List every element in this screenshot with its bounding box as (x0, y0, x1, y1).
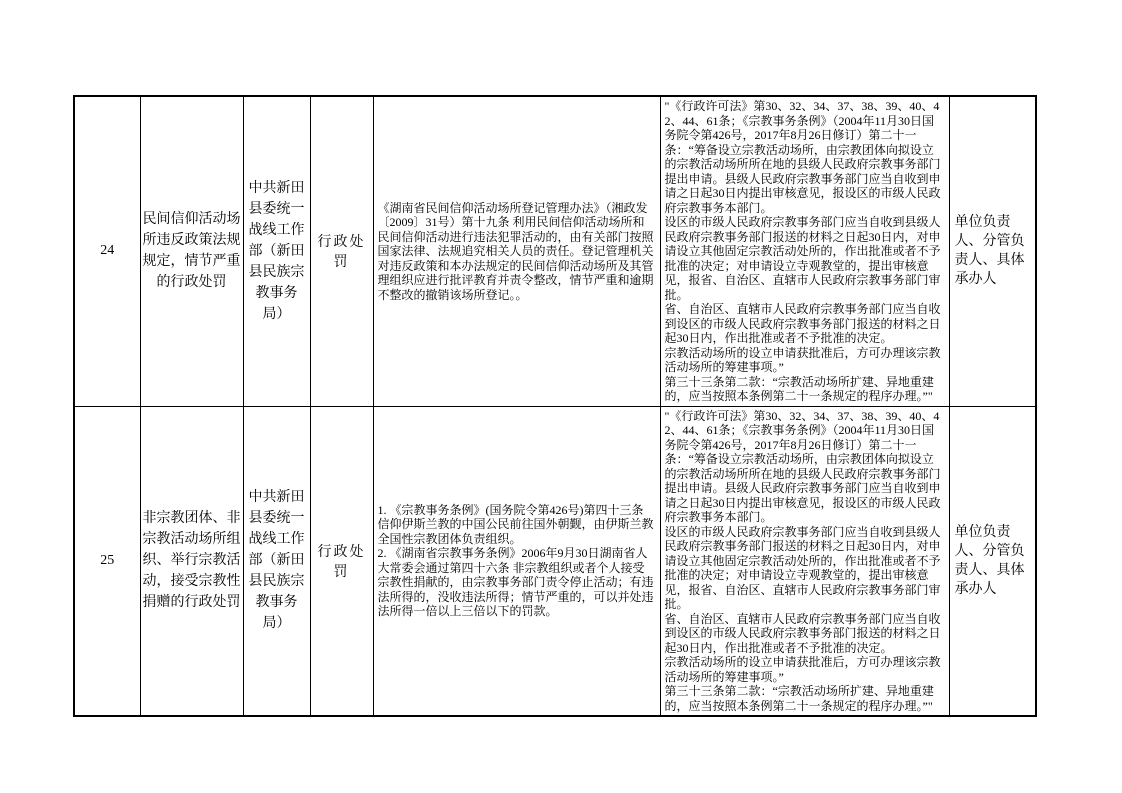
related-provisions-cell: "《行政许可法》第30、32、34、37、38、39、40、42、44、61条；… (660, 406, 949, 716)
provision-paragraph: 第三十三条第二款：“宗教活动场所扩建、异地重建的，应当按照本条例第二十一条规定的… (665, 684, 945, 713)
row-number-cell: 25 (74, 406, 140, 716)
category-cell: 行政处罚 (310, 96, 373, 406)
provision-paragraph: 省、自治区、直辖市人民政府宗教事务部门应当自收到设区的市级人民政府宗教事务部门报… (665, 612, 945, 656)
matter-cell: 非宗教团体、非宗教活动场所组织、举行宗教活动，接受宗教性捐赠的行政处罚 (140, 406, 243, 716)
provision-paragraph: 宗教活动场所的设立申请获批准后，方可办理该宗教活动场所的筹建事项。” (665, 346, 945, 375)
basis-paragraph: 《湖南省民间信仰活动场所登记管理办法》（湘政发〔2009〕31号）第十九条 利用… (378, 201, 656, 303)
table-row: 25 非宗教团体、非宗教活动场所组织、举行宗教活动，接受宗教性捐赠的行政处罚 中… (74, 406, 1036, 716)
responsible-cell: 单位负责人、分管负责人、具体承办人 (949, 96, 1036, 406)
matter-cell: 民间信仰活动场所违反政策法规规定，情节严重的行政处罚 (140, 96, 243, 406)
provision-paragraph: 设区的市级人民政府宗教事务部门应当自收到县级人民政府宗教事务部门报送的材料之日起… (665, 525, 945, 612)
basis-paragraph: 1. 《宗教事务条例》(国务院令第426号)第四十三条 信仰伊斯兰教的中国公民前… (378, 503, 656, 547)
provision-paragraph: 第三十三条第二款：“宗教活动场所扩建、异地重建的，应当按照本条例第二十一条规定的… (665, 375, 945, 404)
basis-paragraph: 2. 《湖南省宗教事务条例》2006年9月30日湖南省人大常委会通过第四十六条 … (378, 546, 656, 619)
table-row: 24 民间信仰活动场所违反政策法规规定，情节严重的行政处罚 中共新田县委统一战线… (74, 96, 1036, 406)
legal-basis-cell: 1. 《宗教事务条例》(国务院令第426号)第四十三条 信仰伊斯兰教的中国公民前… (373, 406, 660, 716)
row-number-cell: 24 (74, 96, 140, 406)
provision-paragraph: 宗教活动场所的设立申请获批准后，方可办理该宗教活动场所的筹建事项。” (665, 655, 945, 684)
penalty-table: 24 民间信仰活动场所违反政策法规规定，情节严重的行政处罚 中共新田县委统一战线… (73, 95, 1037, 717)
document-page: 24 民间信仰活动场所违反政策法规规定，情节严重的行政处罚 中共新田县委统一战线… (0, 0, 1122, 793)
provision-paragraph: 设区的市级人民政府宗教事务部门应当自收到县级人民政府宗教事务部门报送的材料之日起… (665, 215, 945, 302)
provision-paragraph: "《行政许可法》第30、32、34、37、38、39、40、42、44、61条；… (665, 409, 945, 525)
responsible-cell: 单位负责人、分管负责人、具体承办人 (949, 406, 1036, 716)
category-cell: 行政处罚 (310, 406, 373, 716)
provision-paragraph: "《行政许可法》第30、32、34、37、38、39、40、42、44、61条；… (665, 99, 945, 215)
legal-basis-cell: 《湖南省民间信仰活动场所登记管理办法》（湘政发〔2009〕31号）第十九条 利用… (373, 96, 660, 406)
related-provisions-cell: "《行政许可法》第30、32、34、37、38、39、40、42、44、61条；… (660, 96, 949, 406)
department-cell: 中共新田县委统一战线工作部（新田县民族宗教事务局） (243, 406, 310, 716)
provision-paragraph: 省、自治区、直辖市人民政府宗教事务部门应当自收到设区的市级人民政府宗教事务部门报… (665, 302, 945, 346)
department-cell: 中共新田县委统一战线工作部（新田县民族宗教事务局） (243, 96, 310, 406)
